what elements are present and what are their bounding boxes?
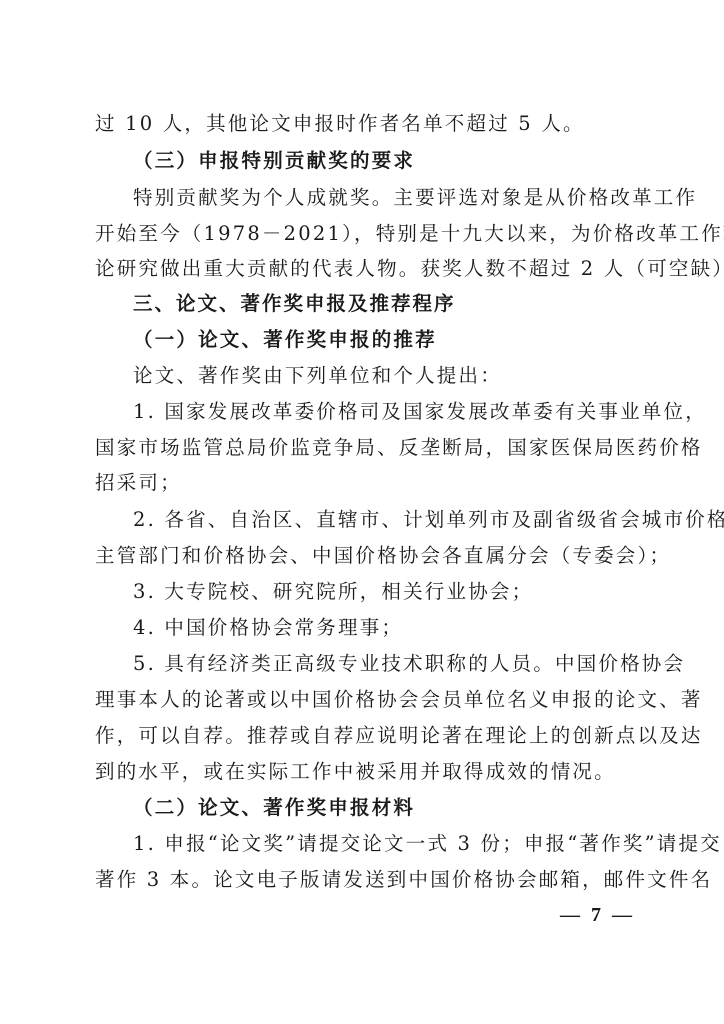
list-item-4: 4. 中国价格协会常务理事；	[133, 615, 635, 641]
list-item-5: 5. 具有经济类正高级专业技术职称的人员。中国价格协会	[133, 651, 635, 677]
section-heading-3: 三、论文、著作奖申报及推荐程序	[133, 291, 635, 317]
body-text-line: 论文、著作奖由下列单位和个人提出：	[133, 363, 635, 389]
list-item-1-materials: 1. 申报“论文奖”请提交论文一式 3 份；申报“著作奖”请提交	[133, 831, 635, 857]
list-item-1: 1. 国家发展改革委价格司及国家发展改革委有关事业单位，	[133, 399, 635, 425]
body-text-line: 作，可以自荐。推荐或自荐应说明论著在理论上的创新点以及达	[95, 723, 635, 749]
subsection-heading-1: （一）论文、著作奖申报的推荐	[133, 327, 635, 353]
list-item-3: 3. 大专院校、研究院所，相关行业协会；	[133, 579, 635, 605]
body-text-line: 到的水平，或在实际工作中被采用并取得成效的情况。	[95, 759, 635, 785]
body-text-line: 招采司；	[95, 470, 635, 496]
document-page: 过 10 人，其他论文申报时作者名单不超过 5 人。 （三）申报特别贡献奖的要求…	[0, 0, 724, 1024]
page-number: — 7 —	[560, 904, 635, 927]
list-item-2: 2. 各省、自治区、直辖市、计划单列市及副省级省会城市价格	[133, 507, 635, 533]
body-text-line: 特别贡献奖为个人成就奖。主要评选对象是从价格改革工作	[133, 185, 635, 211]
subsection-heading-3: （三）申报特别贡献奖的要求	[133, 148, 635, 174]
body-text-line: 主管部门和价格协会、中国价格协会各直属分会（专委会）；	[95, 543, 635, 569]
body-text-line: 著作 3 本。论文电子版请发送到中国价格协会邮箱，邮件文件名	[95, 867, 635, 893]
body-text-line: 开始至今（1978－2021），特别是十九大以来，为价格改革工作和理	[95, 221, 635, 247]
subsection-heading-2: （二）论文、著作奖申报材料	[133, 795, 635, 821]
body-text-line: 国家市场监管总局价监竞争局、反垄断局，国家医保局医药价格	[95, 435, 635, 461]
body-text-line: 理事本人的论著或以中国价格协会会员单位名义申报的论文、著	[95, 687, 635, 713]
body-text-line: 过 10 人，其他论文申报时作者名单不超过 5 人。	[95, 111, 635, 137]
body-text-line: 论研究做出重大贡献的代表人物。获奖人数不超过 2 人（可空缺）。	[95, 256, 635, 282]
